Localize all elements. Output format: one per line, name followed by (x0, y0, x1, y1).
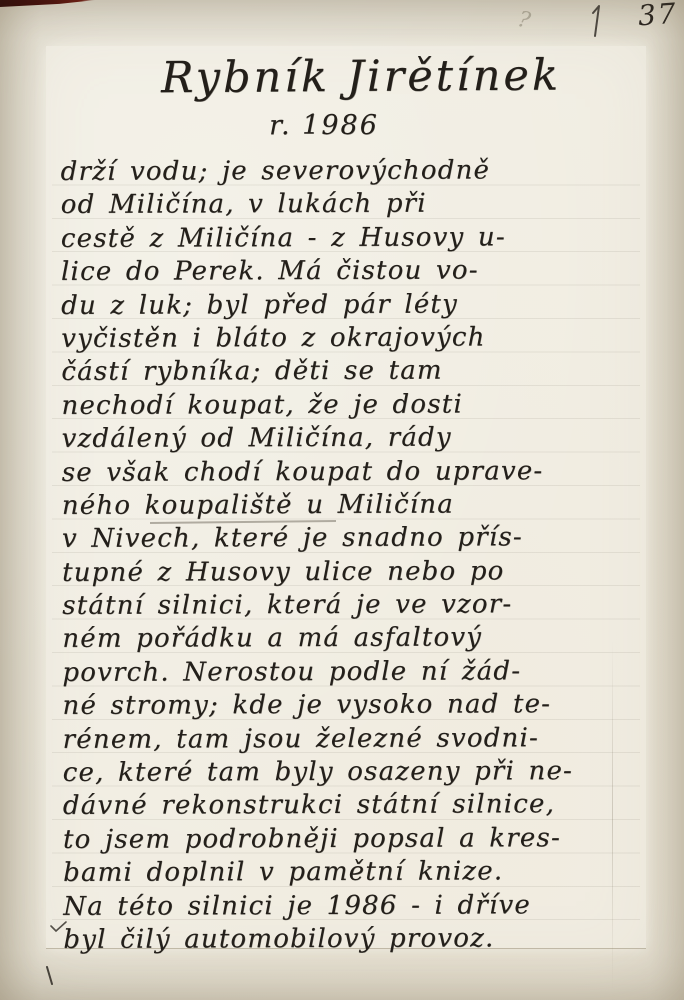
manuscript-line: povrch. Nerostou podle ní žád- (62, 655, 572, 690)
scan-edge-shadow (0, 0, 96, 7)
manuscript-line: částí rybníka; děti se tam (61, 354, 571, 389)
manuscript-line: dávné rekonstrukci státní silnice, (63, 789, 573, 824)
manuscript-line: bami doplnil v pamětní knize. (63, 855, 573, 890)
page-number: 37 (637, 0, 679, 32)
manuscript-line: lice do Perek. Má čistou vo- (61, 254, 571, 289)
manuscript-line: vzdálený od Miličína, rády (62, 421, 572, 456)
manuscript-line: byl čilý automobilový provoz. (63, 922, 573, 957)
manuscript-line: se však chodí koupat do uprave- (62, 455, 572, 490)
manuscript-title: Rybník Jirětínek (0, 50, 684, 105)
manuscript-line: v Nivech, které je snadno přís- (62, 521, 572, 556)
manuscript-line: státní silnici, která je ve vzor- (62, 588, 572, 623)
manuscript-line: ném pořádku a má asfaltový (62, 622, 572, 657)
manuscript-line: du z luk; byl před pár léty (61, 288, 571, 323)
manuscript-line: cestě z Miličína - z Husovy u- (61, 221, 571, 256)
scanned-manuscript-page: 37 ? Rybník Jirětínek r. 1986 drží vodu;… (0, 0, 684, 1000)
stray-ink-stroke-icon (590, 4, 606, 46)
manuscript-line: ce, které tam byly osazeny při ne- (63, 755, 573, 790)
manuscript-line: nechodí koupat, že je dosti (61, 388, 571, 423)
manuscript-line: to jsem podrobněji popsal a kres- (63, 822, 573, 857)
manuscript-line: Na této silnici je 1986 - i dříve (63, 889, 573, 924)
manuscript-body: drží vodu; je severovýchodně od Miličína… (61, 154, 574, 957)
manuscript-line: rénem, tam jsou železné svodni- (63, 722, 573, 757)
faint-pencil-mark: ? (515, 7, 532, 34)
manuscript-line: drží vodu; je severovýchodně (61, 154, 571, 189)
manuscript-line: tupné z Husovy ulice nebo po (62, 555, 572, 590)
manuscript-line: od Miličína, v lukách při (61, 188, 571, 223)
manuscript-line: vyčistěn i bláto z okrajových (61, 321, 571, 356)
manuscript-date-line: r. 1986 (0, 110, 666, 141)
ink-stroke-icon (44, 966, 54, 990)
ink-tick-icon (50, 918, 68, 937)
paper-crease (612, 640, 613, 990)
manuscript-line: ného koupaliště u Miličína (62, 488, 572, 523)
manuscript-line: né stromy; kde je vysoko nad te- (62, 688, 572, 723)
